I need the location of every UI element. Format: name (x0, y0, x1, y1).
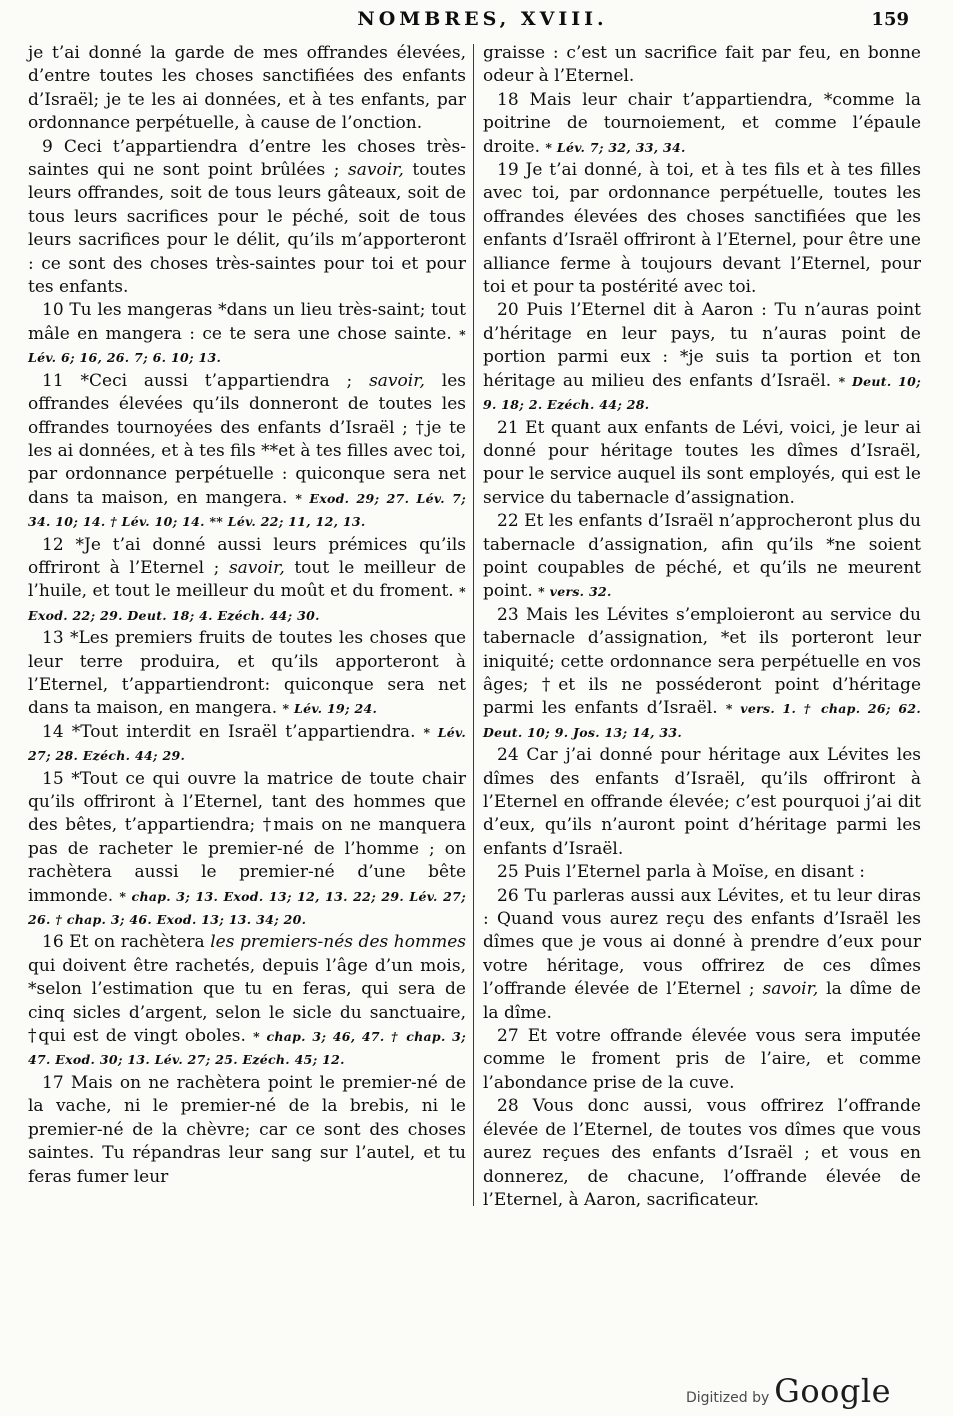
verse-text: 21 Et quant aux enfants de Lévi, voici, … (483, 418, 921, 508)
verse-text: 16 Et on rachètera (42, 932, 210, 952)
verse-16-paragraph: 16 Et on rachètera les premiers-nés des … (28, 931, 466, 1071)
verse-text: 14 *Tout interdit en Israël t’appartiend… (42, 722, 424, 742)
verse-text: 15 *Tout ce qui ouvre la matrice de tout… (28, 769, 466, 906)
cross-reference-text: * Lév. 7; 32, 33, 34. (545, 140, 685, 155)
verse-27-paragraph: 27 Et votre offrande élevée vous sera im… (483, 1025, 921, 1095)
verse-26-paragraph: 26 Tu parleras aussi aux Lévites, et tu … (483, 885, 921, 1025)
verse-24-paragraph: 24 Car j’ai donné pour héritage aux Lévi… (483, 744, 921, 861)
book-page: NOMBRES, XVIII. 159 je t’ai donné la gar… (0, 0, 953, 1416)
verse-text: les premiers-nés des hommes (210, 932, 466, 952)
verse-text: 17 Mais on ne rachètera point le premier… (28, 1073, 466, 1187)
verse-text: savoir, (348, 160, 404, 180)
verse-9-paragraph: 9 Ceci t’appartiendra d’entre les choses… (28, 136, 466, 300)
page-number: 159 (871, 9, 909, 30)
verse-19-paragraph: 19 Je t’ai donné, à toi, et à tes fils e… (483, 159, 921, 299)
column-divider-rule (473, 44, 474, 1206)
verse-28-paragraph: 28 Vous donc aussi, vous offrirez l’offr… (483, 1095, 921, 1212)
verse-text: les offrandes élevées qu’ils donneront d… (28, 371, 466, 508)
continuation-paragraph: je t’ai donné la garde de mes offrandes … (28, 42, 466, 136)
verse-text: savoir, (762, 979, 818, 999)
verse-text: savoir, (369, 371, 425, 391)
verse-text: 27 Et votre offrande élevée vous sera im… (483, 1026, 921, 1093)
verse-text: savoir, (229, 558, 285, 578)
verse-23-paragraph: 23 Mais les Lévites s’emploieront au ser… (483, 604, 921, 744)
verse-text: 13 *Les premiers fruits de toutes les ch… (28, 628, 466, 718)
verse-21-paragraph: 21 Et quant aux enfants de Lévi, voici, … (483, 417, 921, 511)
verse-text: 11 *Ceci aussi t’appartiendra ; (42, 371, 369, 391)
verse-18-paragraph: 18 Mais leur chair t’appartiendra, *comm… (483, 89, 921, 159)
right-column: graisse : c’est un sacrifice fait par fe… (483, 42, 921, 1212)
verse-22-paragraph: 22 Et les enfants d’Israël n’approcheron… (483, 510, 921, 604)
text-columns: je t’ai donné la garde de mes offrandes … (28, 42, 937, 1212)
verse-text: 24 Car j’ai donné pour héritage aux Lévi… (483, 745, 921, 859)
verse-11-paragraph: 11 *Ceci aussi t’appartiendra ; savoir, … (28, 370, 466, 534)
verse-12-paragraph: 12 *Je t’ai donné aussi leurs prémices q… (28, 534, 466, 628)
verse-text: 28 Vous donc aussi, vous offrirez l’offr… (483, 1096, 921, 1210)
cross-reference-text: * Lév. 19; 24. (283, 701, 378, 716)
verse-text: graisse : c’est un sacrifice fait par fe… (483, 43, 921, 86)
left-column: je t’ai donné la garde de mes offrandes … (28, 42, 466, 1212)
running-title: NOMBRES, XVIII. (28, 8, 937, 30)
verse-25-paragraph: 25 Puis l’Eternel parla à Moïse, en disa… (483, 861, 921, 884)
verse-text: 10 Tu les mangeras *dans un lieu très-sa… (28, 300, 466, 343)
verse-text: 25 Puis l’Eternel parla à Moïse, en disa… (497, 862, 865, 882)
verse-10-paragraph: 10 Tu les mangeras *dans un lieu très-sa… (28, 299, 466, 369)
verse-text: toutes leurs offrandes, soit de tous leu… (28, 160, 466, 297)
verse-15-paragraph: 15 *Tout ce qui ouvre la matrice de tout… (28, 768, 466, 932)
digitization-credit: Digitized by Google (686, 1372, 891, 1410)
verse-20-paragraph: 20 Puis l’Eternel dit à Aaron : Tu n’aur… (483, 299, 921, 416)
verse-text: 19 Je t’ai donné, à toi, et à tes fils e… (483, 160, 921, 297)
digitized-by-label: Digitized by (686, 1390, 769, 1406)
verse-14-paragraph: 14 *Tout interdit en Israël t’appartiend… (28, 721, 466, 768)
verse-13-paragraph: 13 *Les premiers fruits de toutes les ch… (28, 627, 466, 721)
cross-reference-text: * vers. 32. (538, 584, 611, 599)
google-logo: Google (774, 1372, 891, 1410)
verse-17-paragraph: 17 Mais on ne rachètera point le premier… (28, 1072, 466, 1189)
page-header: NOMBRES, XVIII. 159 (28, 8, 937, 38)
verse-text: je t’ai donné la garde de mes offrandes … (28, 43, 466, 133)
continuation-paragraph: graisse : c’est un sacrifice fait par fe… (483, 42, 921, 89)
